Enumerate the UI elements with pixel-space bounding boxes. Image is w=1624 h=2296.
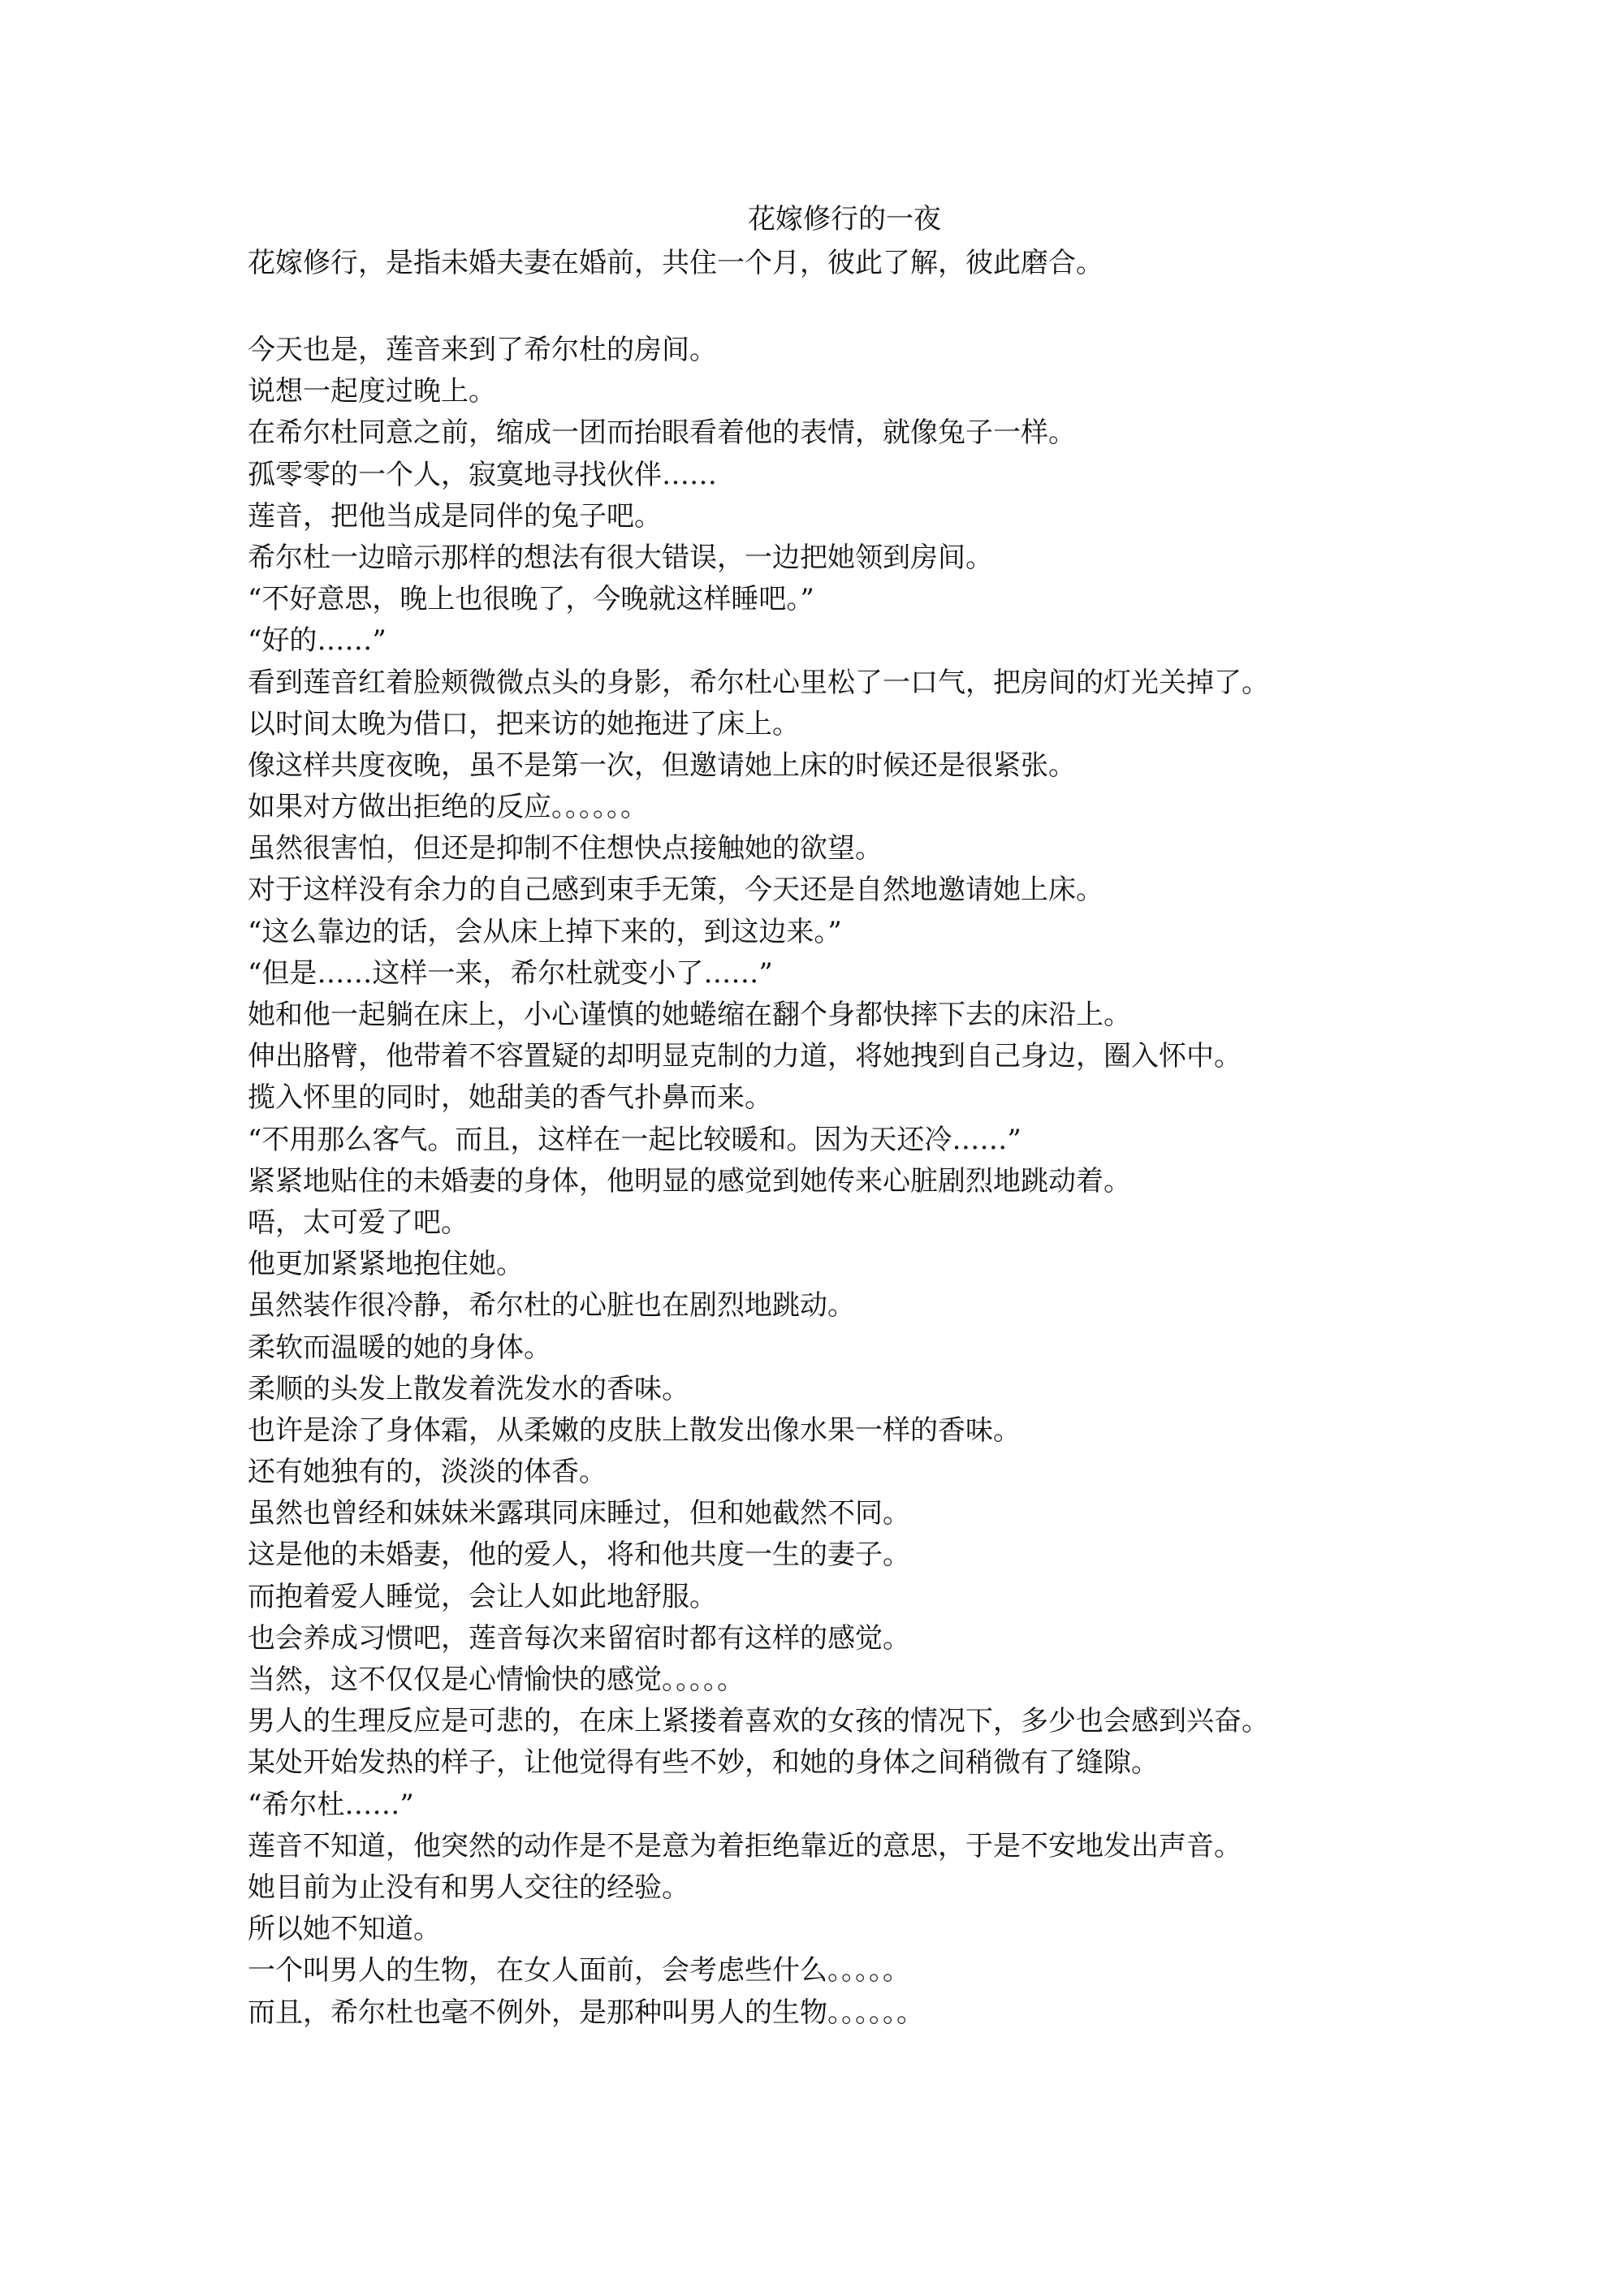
paragraph: 伸出胳臂，他带着不容置疑的却明显克制的力道，将她拽到自己身边，圈入怀中。 <box>248 1036 1269 1077</box>
paragraph: 看到莲音红着脸颊微微点头的身影，希尔杜心里松了一口气，把房间的灯光关掉了。 <box>248 662 1269 704</box>
paragraph: 孤零零的一个人，寂寞地寻找伙伴…… <box>248 455 1269 496</box>
dialogue-line: “希尔杜……” <box>248 1785 1269 1826</box>
dialogue-line: “不用那么客气。而且，这样在一起比较暖和。因为天还冷……” <box>248 1120 1269 1161</box>
paragraph: 今天也是，莲音来到了希尔杜的房间。 <box>248 330 1269 371</box>
paragraph: 揽入怀里的同时，她甜美的香气扑鼻而来。 <box>248 1077 1269 1119</box>
paragraph: 以时间太晚为借口，把来访的她拖进了床上。 <box>248 704 1269 745</box>
document-body: 今天也是，莲音来到了希尔杜的房间。 说想一起度过晚上。 在希尔杜同意之前，缩成一… <box>248 330 1269 2034</box>
dialogue-line: “但是……这样一来，希尔杜就变小了……” <box>248 953 1269 995</box>
paragraph: 而且，希尔杜也毫不例外，是那种叫男人的生物。。。。。。 <box>248 1992 1269 2034</box>
dialogue-line: “好的……” <box>248 620 1269 662</box>
paragraph: 某处开始发热的样子，让他觉得有些不妙，和她的身体之间稍微有了缝隙。 <box>248 1742 1269 1784</box>
paragraph: 所以她不知道。 <box>248 1909 1269 1950</box>
paragraph: 像这样共度夜晚，虽不是第一次，但邀请她上床的时候还是很紧张。 <box>248 745 1269 787</box>
dialogue-line: “这么靠边的话，会从床上掉下来的，到这边来。” <box>248 912 1269 953</box>
paragraph: 对于这样没有余力的自己感到束手无策，今天还是自然地邀请她上床。 <box>248 870 1269 911</box>
paragraph: 唔，太可爱了吧。 <box>248 1202 1269 1244</box>
paragraph: 男人的生理反应是可悲的，在床上紧搂着喜欢的女孩的情况下，多少也会感到兴奋。 <box>248 1701 1269 1742</box>
paragraph: 虽然很害怕，但还是抑制不住想快点接触她的欲望。 <box>248 828 1269 870</box>
paragraph: 在希尔杜同意之前，缩成一团而抬眼看着他的表情，就像兔子一样。 <box>248 412 1269 454</box>
paragraph: 而抱着爱人睡觉，会让人如此地舒服。 <box>248 1577 1269 1618</box>
intro-paragraph: 花嫁修行，是指未婚夫妻在婚前，共住一个月，彼此了解，彼此磨合。 <box>248 244 1104 283</box>
paragraph: 虽然装作很冷静，希尔杜的心脏也在剧烈地跳动。 <box>248 1285 1269 1327</box>
paragraph: 一个叫男人的生物，在女人面前，会考虑些什么。。。。。 <box>248 1950 1269 1992</box>
paragraph: 她和他一起躺在床上，小心谨慎的她蜷缩在翻个身都快摔下去的床沿上。 <box>248 995 1269 1036</box>
paragraph: 当然，这不仅仅是心情愉快的感觉。。。。。 <box>248 1659 1269 1701</box>
paragraph: 这是他的未婚妻，他的爱人，将和他共度一生的妻子。 <box>248 1534 1269 1576</box>
paragraph: 她目前为止没有和男人交往的经验。 <box>248 1867 1269 1909</box>
paragraph: 希尔杜一边暗示那样的想法有很大错误，一边把她领到房间。 <box>248 537 1269 579</box>
paragraph: 紧紧地贴住的未婚妻的身体，他明显的感觉到她传来心脏剧烈地跳动着。 <box>248 1161 1269 1202</box>
paragraph: 柔软而温暖的她的身体。 <box>248 1327 1269 1369</box>
paragraph: 还有她独有的，淡淡的体香。 <box>248 1452 1269 1493</box>
paragraph: 莲音，把他当成是同伴的兔子吧。 <box>248 496 1269 537</box>
paragraph: 说想一起度过晚上。 <box>248 371 1269 412</box>
paragraph: 他更加紧紧地抱住她。 <box>248 1244 1269 1285</box>
document-title: 花嫁修行的一夜 <box>0 200 1624 239</box>
paragraph: 也会养成习惯吧，莲音每次来留宿时都有这样的感觉。 <box>248 1618 1269 1659</box>
paragraph: 莲音不知道，他突然的动作是不是意为着拒绝靠近的意思，于是不安地发出声音。 <box>248 1826 1269 1867</box>
dialogue-line: “不好意思，晚上也很晚了，今晚就这样睡吧。” <box>248 579 1269 620</box>
paragraph: 如果对方做出拒绝的反应。。。。。。 <box>248 787 1269 828</box>
paragraph: 柔顺的头发上散发着洗发水的香味。 <box>248 1369 1269 1410</box>
paragraph: 虽然也曾经和妹妹米露琪同床睡过，但和她截然不同。 <box>248 1493 1269 1534</box>
document-page: 花嫁修行的一夜 花嫁修行，是指未婚夫妻在婚前，共住一个月，彼此了解，彼此磨合。 … <box>0 0 1624 2296</box>
paragraph: 也许是涂了身体霜，从柔嫩的皮肤上散发出像水果一样的香味。 <box>248 1410 1269 1452</box>
